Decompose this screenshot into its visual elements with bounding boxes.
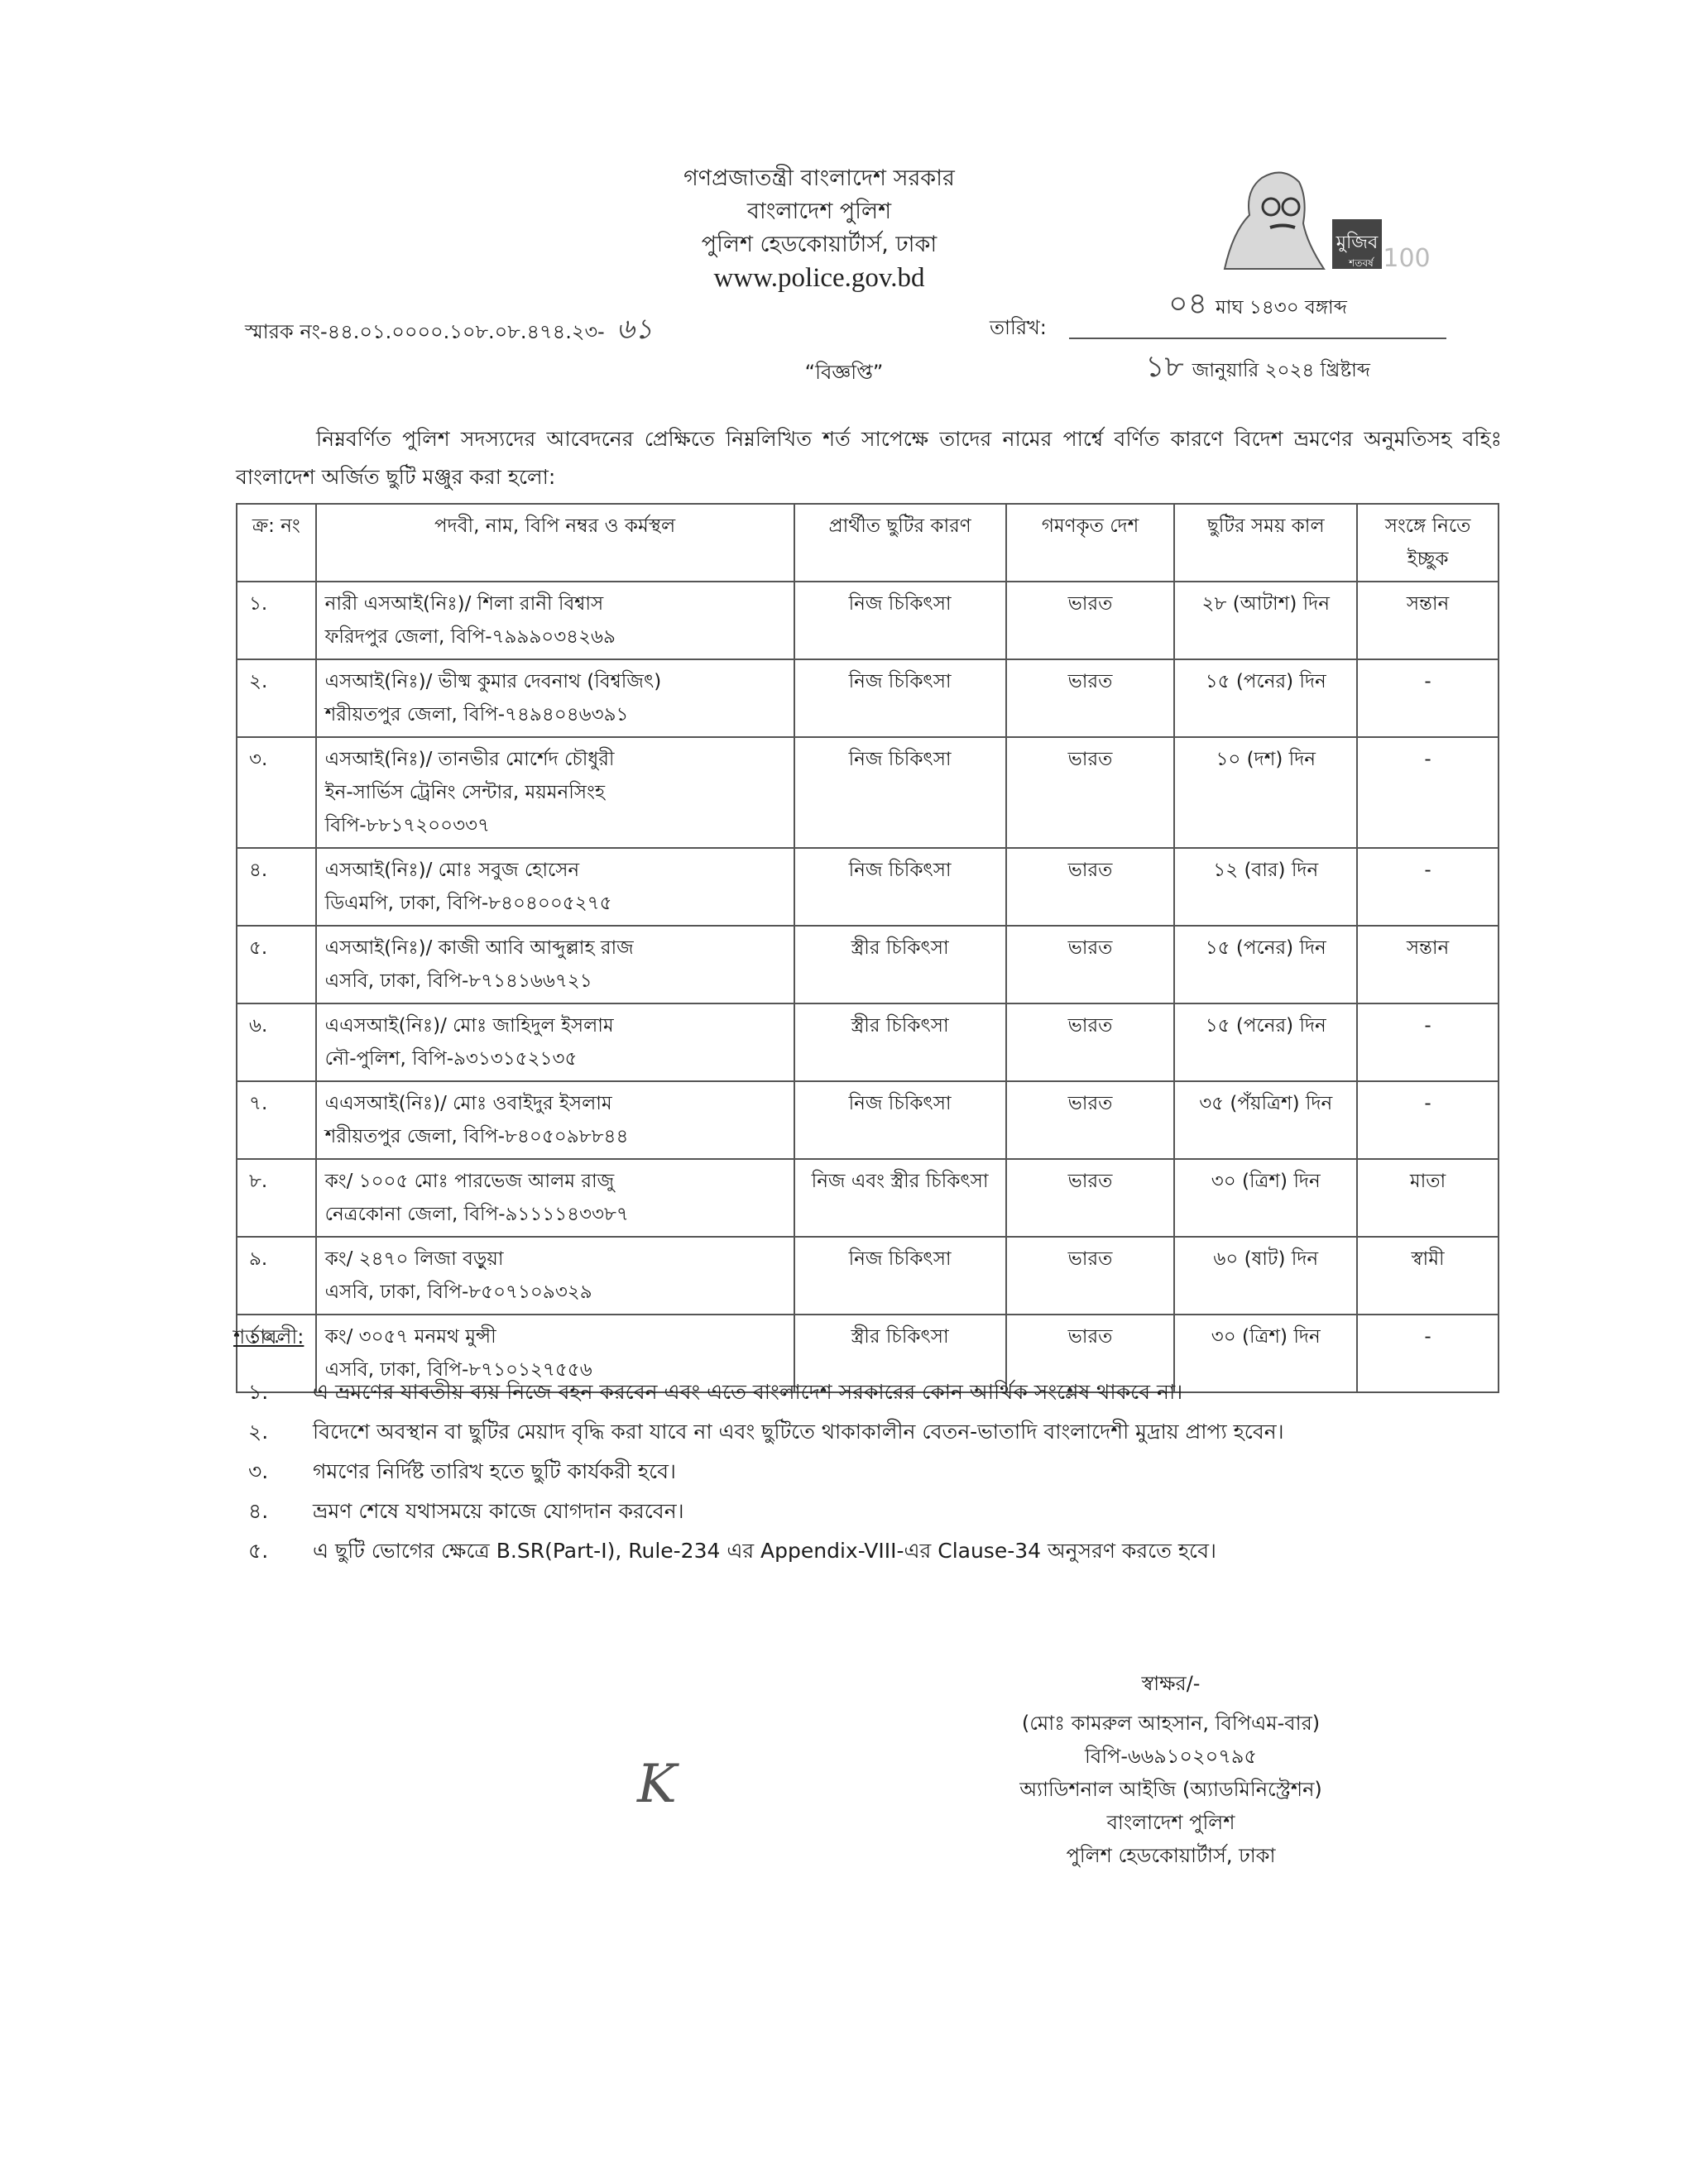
duration-cell: ৬০ (ষাট) দিন [1174, 1237, 1357, 1315]
name-cell: কং/ ১০০৫ মোঃ পারভেজ আলম রাজুনেত্রকোনা জে… [316, 1159, 794, 1237]
country-cell: ভারত [1006, 1081, 1175, 1159]
duration-cell: ২৮ (আটাশ) দিন [1174, 582, 1357, 659]
table-row: ৫.এসআই(নিঃ)/ কাজী আবি আব্দুল্লাহ রাজএসবি… [237, 926, 1499, 1003]
companion-cell: - [1357, 1081, 1499, 1159]
table-row: ২.এসআই(নিঃ)/ ভীষ্ম কুমার দেবনাথ (বিশ্বজি… [237, 659, 1499, 737]
memo-handwritten-number: ৬১ [616, 313, 653, 346]
companion-cell: স্বামী [1357, 1237, 1499, 1315]
serial-cell: ৮. [237, 1159, 316, 1237]
condition-item: ১.এ ভ্রমণের যাবতীয় ব্যয় নিজে বহন করবেন… [248, 1373, 1489, 1413]
name-cell: এসআই(নিঃ)/ মোঃ সবুজ হোসেনডিএমপি, ঢাকা, ব… [316, 848, 794, 926]
duration-cell: ১৫ (পনের) দিন [1174, 1003, 1357, 1081]
name-line: কং/ ২৪৭০ লিজা বড়ুয়া [325, 1243, 785, 1276]
serial-cell: ৫. [237, 926, 316, 1003]
country-cell: ভারত [1006, 1003, 1175, 1081]
condition-item: ৩.গমণের নির্দিষ্ট তারিখ হতে ছুটি কার্যকর… [248, 1453, 1489, 1492]
condition-item: ৫.এ ছুটি ভোগের ক্ষেত্রে B.SR(Part-I), Ru… [248, 1532, 1489, 1572]
reason-cell: নিজ এবং স্ত্রীর চিকিৎসা [794, 1159, 1006, 1237]
condition-item: ৪.ভ্রমণ শেষে যথাসময়ে কাজে যোগদান করবেন। [248, 1492, 1489, 1532]
col-header-country: গমণকৃত দেশ [1006, 504, 1175, 582]
col-header-duration: ছুটির সময় কাল [1174, 504, 1357, 582]
name-line: নেত্রকোনা জেলা, বিপি-৯১১১১৪৩৩৮৭ [325, 1198, 785, 1231]
table-row: ৪.এসআই(নিঃ)/ মোঃ সবুজ হোসেনডিএমপি, ঢাকা,… [237, 848, 1499, 926]
bangla-day-handwritten: ০৪ [1168, 287, 1207, 321]
name-cell: এসআই(নিঃ)/ ভীষ্ম কুমার দেবনাথ (বিশ্বজিৎ)… [316, 659, 794, 737]
memo-number: স্মারক নং-৪৪.০১.০০০০.১০৮.০৮.৪৭৪.২৩-৬১ [245, 308, 653, 355]
name-line: নারী এসআই(নিঃ)/ শিলা রানী বিশ্বাস [325, 587, 785, 620]
signature-line: (মোঃ কামরুল আহসান, বিপিএম-বার) [935, 1707, 1407, 1740]
signature-line: বিপি-৬৬৯১০২০৭৯৫ [935, 1740, 1407, 1773]
duration-cell: ১৫ (পনের) দিন [1174, 926, 1357, 1003]
duration-cell: ১০ (দশ) দিন [1174, 737, 1357, 848]
serial-cell: ৯. [237, 1237, 316, 1315]
date-label: তারিখ: [990, 313, 1047, 346]
table-header-row: ক্র: নং পদবী, নাম, বিপি নম্বর ও কর্মস্থল… [237, 504, 1499, 582]
serial-cell: ১. [237, 582, 316, 659]
name-cell: এএসআই(নিঃ)/ মোঃ জাহিদুল ইসলামনৌ-পুলিশ, ব… [316, 1003, 794, 1081]
duration-cell: ৩৫ (পঁয়ত্রিশ) দিন [1174, 1081, 1357, 1159]
col-header-serial: ক্র: নং [237, 504, 316, 582]
condition-number: ১. [248, 1376, 313, 1411]
duration-cell: ১২ (বার) দিন [1174, 848, 1357, 926]
name-line: বিপি-৮৮১৭২০০৩৩৭ [325, 809, 785, 842]
duration-cell: ১৫ (পনের) দিন [1174, 659, 1357, 737]
signature-line: অ্যাডিশনাল আইজি (অ্যাডমিনিস্ট্রেশন) [935, 1773, 1407, 1806]
reason-cell: নিজ চিকিৎসা [794, 737, 1006, 848]
duration-cell: ৩০ (ত্রিশ) দিন [1174, 1159, 1357, 1237]
name-line: ডিএমপি, ঢাকা, বিপি-৮৪০৪০০৫২৭৫ [325, 887, 785, 920]
intro-paragraph: নিম্নবর্ণিত পুলিশ সদস্যদের আবেদনের প্রেক… [236, 420, 1502, 496]
table-row: ৮.কং/ ১০০৫ মোঃ পারভেজ আলম রাজুনেত্রকোনা … [237, 1159, 1499, 1237]
reason-cell: নিজ চিকিৎসা [794, 659, 1006, 737]
bangla-date: ০৪মাঘ ১৪৩০ বঙ্গাব্দ [1069, 281, 1446, 339]
name-line: এসআই(নিঃ)/ তানভীর মোর্শেদ চৌধুরী [325, 743, 785, 776]
reason-cell: স্ত্রীর চিকিৎসা [794, 926, 1006, 1003]
country-cell: ভারত [1006, 926, 1175, 1003]
condition-number: ৩. [248, 1455, 313, 1491]
table-row: ৯.কং/ ২৪৭০ লিজা বড়ুয়াএসবি, ঢাকা, বিপি-… [237, 1237, 1499, 1315]
signature-block: স্বাক্ষর/-(মোঃ কামরুল আহসান, বিপিএম-বার)… [935, 1667, 1407, 1872]
reason-cell: নিজ চিকিৎসা [794, 582, 1006, 659]
svg-text:মুজিব: মুজিব [1336, 232, 1379, 253]
companion-cell: সন্তান [1357, 582, 1499, 659]
letterhead: গণপ্রজাতন্ত্রী বাংলাদেশ সরকার বাংলাদেশ প… [513, 162, 1125, 295]
mujib-borsho-logo-icon: মুজিব শতবর্ষ 100 [1200, 165, 1440, 273]
name-line: এসআই(নিঃ)/ মোঃ সবুজ হোসেন [325, 854, 785, 887]
serial-cell: ৪. [237, 848, 316, 926]
govt-name: গণপ্রজাতন্ত্রী বাংলাদেশ সরকার [513, 162, 1125, 195]
signature-line: পুলিশ হেডকোয়ার্টার্স, ঢাকা [935, 1839, 1407, 1872]
leave-table: ক্র: নং পদবী, নাম, বিপি নম্বর ও কর্মস্থল… [236, 503, 1499, 1393]
country-cell: ভারত [1006, 1237, 1175, 1315]
country-cell: ভারত [1006, 1159, 1175, 1237]
condition-number: ৪. [248, 1495, 313, 1530]
serial-cell: ৬. [237, 1003, 316, 1081]
serial-cell: ২. [237, 659, 316, 737]
country-cell: ভারত [1006, 659, 1175, 737]
name-cell: এএসআই(নিঃ)/ মোঃ ওবাইদুর ইসলামশরীয়তপুর জ… [316, 1081, 794, 1159]
name-cell: এসআই(নিঃ)/ তানভীর মোর্শেদ চৌধুরীইন-সার্ভ… [316, 737, 794, 848]
table-row: ৩.এসআই(নিঃ)/ তানভীর মোর্শেদ চৌধুরীইন-সার… [237, 737, 1499, 848]
companion-cell: মাতা [1357, 1159, 1499, 1237]
svg-text:100: 100 [1383, 244, 1430, 273]
reason-cell: নিজ চিকিৎসা [794, 1237, 1006, 1315]
condition-text: এ ভ্রমণের যাবতীয় ব্যয় নিজে বহন করবেন এ… [313, 1376, 1182, 1411]
name-line: শরীয়তপুর জেলা, বিপি-৭৪৯৪০৪৬৩৯১ [325, 698, 785, 731]
table-row: ৬.এএসআই(নিঃ)/ মোঃ জাহিদুল ইসলামনৌ-পুলিশ,… [237, 1003, 1499, 1081]
notice-title: “বিজ্ঞপ্তি” [0, 357, 1688, 390]
handwritten-initial: K [637, 1754, 677, 1815]
companion-cell: - [1357, 848, 1499, 926]
name-cell: নারী এসআই(নিঃ)/ শিলা রানী বিশ্বাসফরিদপুর… [316, 582, 794, 659]
condition-text: বিদেশে অবস্থান বা ছুটির মেয়াদ বৃদ্ধি কর… [313, 1415, 1284, 1451]
svg-text:শতবর্ষ: শতবর্ষ [1348, 257, 1375, 269]
condition-text: ভ্রমণ শেষে যথাসময়ে কাজে যোগদান করবেন। [313, 1495, 684, 1530]
website-link[interactable]: www.police.gov.bd [513, 261, 1125, 295]
intro-text: নিম্নবর্ণিত পুলিশ সদস্যদের আবেদনের প্রেক… [236, 427, 1502, 489]
conditions-title: শর্তাবলী: [233, 1322, 304, 1355]
table-row: ১.নারী এসআই(নিঃ)/ শিলা রানী বিশ্বাসফরিদপ… [237, 582, 1499, 659]
col-header-name: পদবী, নাম, বিপি নম্বর ও কর্মস্থল [316, 504, 794, 582]
country-cell: ভারত [1006, 737, 1175, 848]
condition-number: ৫. [248, 1535, 313, 1570]
name-line: এএসআই(নিঃ)/ মোঃ ওবাইদুর ইসলাম [325, 1087, 785, 1120]
serial-cell: ৩. [237, 737, 316, 848]
col-header-companion: সংঙ্গে নিতে ইচ্ছুক [1357, 504, 1499, 582]
signature-line: বাংলাদেশ পুলিশ [935, 1806, 1407, 1839]
companion-cell: - [1357, 659, 1499, 737]
name-cell: কং/ ২৪৭০ লিজা বড়ুয়াএসবি, ঢাকা, বিপি-৮৫… [316, 1237, 794, 1315]
org-name: বাংলাদেশ পুলিশ [513, 195, 1125, 228]
name-line: কং/ ১০০৫ মোঃ পারভেজ আলম রাজু [325, 1165, 785, 1198]
condition-number: ২. [248, 1415, 313, 1451]
col-header-reason: প্রার্থীত ছুটির কারণ [794, 504, 1006, 582]
name-line: এসআই(নিঃ)/ ভীষ্ম কুমার দেবনাথ (বিশ্বজিৎ) [325, 665, 785, 698]
office-name: পুলিশ হেডকোয়ার্টার্স, ঢাকা [513, 228, 1125, 261]
companion-cell: - [1357, 1003, 1499, 1081]
reason-cell: স্ত্রীর চিকিৎসা [794, 1003, 1006, 1081]
country-cell: ভারত [1006, 848, 1175, 926]
name-line: ফরিদপুর জেলা, বিপি-৭৯৯৯০৩৪২৬৯ [325, 620, 785, 654]
country-cell: ভারত [1006, 582, 1175, 659]
signature-mark: স্বাক্ষর/- [935, 1667, 1407, 1700]
name-line: এসবি, ঢাকা, বিপি-৮৭১৪১৬৬৭২১ [325, 965, 785, 998]
reason-cell: নিজ চিকিৎসা [794, 848, 1006, 926]
name-line: কং/ ৩০৫৭ মনমথ মুন্সী [325, 1320, 785, 1353]
serial-cell: ৭. [237, 1081, 316, 1159]
name-line: ইন-সার্ভিস ট্রেনিং সেন্টার, ময়মনসিংহ [325, 776, 785, 809]
condition-text: গমণের নির্দিষ্ট তারিখ হতে ছুটি কার্যকরী … [313, 1455, 676, 1491]
table-row: ৭.এএসআই(নিঃ)/ মোঃ ওবাইদুর ইসলামশরীয়তপুর… [237, 1081, 1499, 1159]
name-line: এএসআই(নিঃ)/ মোঃ জাহিদুল ইসলাম [325, 1009, 785, 1042]
companion-cell: সন্তান [1357, 926, 1499, 1003]
reason-cell: নিজ চিকিৎসা [794, 1081, 1006, 1159]
memo-label: স্মারক নং-৪৪.০১.০০০০.১০৮.০৮.৪৭৪.২৩- [245, 320, 605, 343]
name-line: এসবি, ঢাকা, বিপি-৮৫০৭১০৯৩২৯ [325, 1276, 785, 1309]
condition-text: এ ছুটি ভোগের ক্ষেত্রে B.SR(Part-I), Rule… [313, 1535, 1216, 1570]
name-line: শরীয়তপুর জেলা, বিপি-৮৪০৫০৯৮৮৪৪ [325, 1120, 785, 1153]
name-cell: এসআই(নিঃ)/ কাজী আবি আব্দুল্লাহ রাজএসবি, … [316, 926, 794, 1003]
bangla-month-year: মাঘ ১৪৩০ বঙ্গাব্দ [1216, 297, 1347, 318]
companion-cell: - [1357, 737, 1499, 848]
condition-item: ২.বিদেশে অবস্থান বা ছুটির মেয়াদ বৃদ্ধি … [248, 1413, 1489, 1453]
name-line: নৌ-পুলিশ, বিপি-৯৩১৩১৫২১৩৫ [325, 1042, 785, 1075]
conditions-list: ১.এ ভ্রমণের যাবতীয় ব্যয় নিজে বহন করবেন… [248, 1373, 1489, 1572]
name-line: এসআই(নিঃ)/ কাজী আবি আব্দুল্লাহ রাজ [325, 932, 785, 965]
